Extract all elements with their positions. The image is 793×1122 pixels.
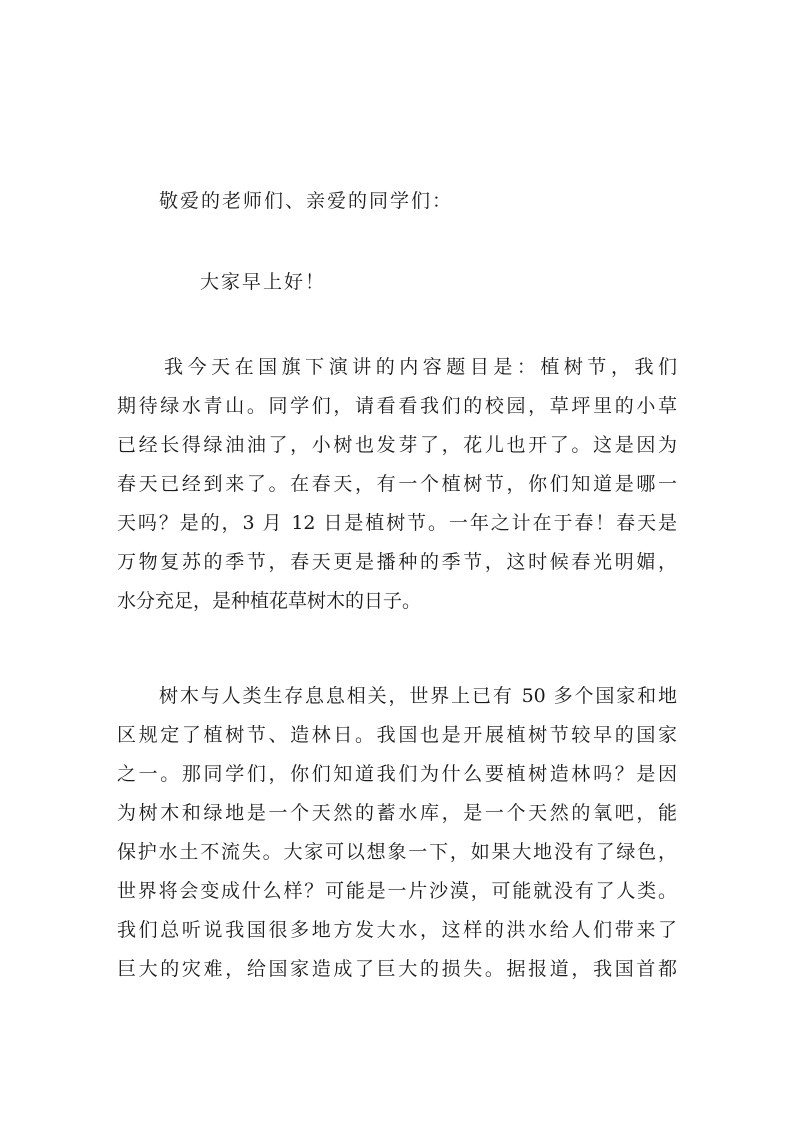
paragraph-1-line-5: 天吗？是的，3 月 12 日是植树节。一年之计在于春！春天是 — [117, 511, 677, 535]
paragraph-2-line-4: 为树木和绿地是一个天然的蓄水库，是一个天然的氧吧，能 — [117, 801, 677, 825]
paragraph-2-line-5: 保护水土不流失。大家可以想象一下，如果大地没有了绿色， — [117, 840, 677, 864]
paragraph-1-line-4: 春天已经到来了。在春天，有一个植树节，你们知道是哪一 — [117, 472, 677, 496]
greeting: 大家早上好！ — [200, 270, 326, 294]
paragraph-1-line-6: 万物复苏的季节，春天更是播种的季节，这时候春光明媚， — [117, 550, 677, 574]
paragraph-2-line-6: 世界将会变成什么样？可能是一片沙漠，可能就没有了人类。 — [117, 879, 677, 903]
paragraph-2-line-7: 我们总听说我国很多地方发大水，这样的洪水给人们带来了 — [117, 918, 677, 942]
paragraph-1-line-7: 水分充足，是种植花草树木的日子。 — [117, 589, 677, 613]
paragraph-2-line-3: 之一。那同学们，你们知道我们为什么要植树造林吗？是因 — [117, 762, 677, 786]
salutation: 敬爱的老师们、亲爱的同学们： — [159, 189, 453, 213]
paragraph-2-line-1: 树木与人类生存息息相关，世界上已有 50 多个国家和地 — [159, 684, 677, 708]
paragraph-1-line-2: 期待绿水青山。同学们，请看看我们的校园，草坪里的小草 — [117, 394, 677, 418]
paragraph-1-line-3: 已经长得绿油油了，小树也发芽了，花儿也开了。这是因为 — [117, 433, 677, 457]
paragraph-2-line-2: 区规定了植树节、造林日。我国也是开展植树节较早的国家 — [117, 723, 677, 747]
document-page: 敬爱的老师们、亲爱的同学们： 大家早上好！ 我今天在国旗下演讲的内容题目是：植树… — [0, 0, 793, 1122]
paragraph-1-line-1: 我今天在国旗下演讲的内容题目是：植树节，我们 — [117, 355, 677, 379]
paragraph-2-line-8: 巨大的灾难，给国家造成了巨大的损失。据报道，我国首都 — [117, 957, 677, 981]
